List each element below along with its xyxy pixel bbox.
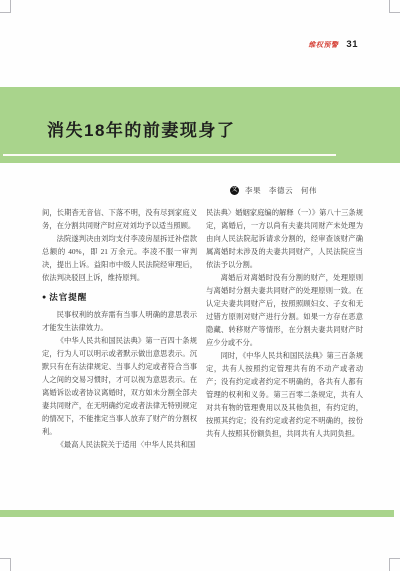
paragraph: 民法典〉婚姻家庭编的解释（一）》第八十三条规定，离婚后，一方以尚有夫妻共同财产未… — [206, 206, 363, 271]
paragraph: 同时，《中华人民共和国民法典》第三百条规定，共有人按照约定管理共有的不动产或者动… — [206, 349, 363, 440]
page-number: 31 — [346, 39, 358, 50]
body-column-left: 间，长期杳无音信、下落不明，没有尽到家庭义务，在分割共同财产时应对刘均予以适当照… — [42, 206, 197, 451]
paragraph: 《最高人民法院关于适用〈中华人民共和国 — [42, 438, 197, 451]
trim-mark-bottom-left-icon — [0, 558, 11, 571]
bullet-icon: ● — [42, 294, 47, 301]
section-heading-label: 法官提醒 — [49, 291, 87, 304]
magazine-page: 维权预警 31 消失18年的前妻现身了 文 李果 李德云 何伟 间，长期杳无音信… — [0, 0, 400, 571]
paragraph: 离婚后对离婚时没有分割的财产，处理原则与离婚时分割夫妻共同财产的处理原则一致。在… — [206, 271, 363, 349]
paragraph: 间，长期杳无音信、下落不明，没有尽到家庭义务，在分割共同财产时应对刘均予以适当照… — [42, 206, 197, 232]
trim-mark-bottom-right-icon — [389, 558, 400, 571]
author-names: 李果 李德云 何伟 — [245, 185, 317, 196]
paragraph: 《中华人民共和国民法典》第一百四十条规定，行为人可以明示或者默示做出意思表示。沉… — [42, 334, 197, 438]
trim-mark-top-left-icon — [0, 0, 11, 13]
paragraph: 法院遂判决由刘均支付李凌房屋拆迁补偿款总额的 40%，即 21 万余元。李凌不服… — [42, 232, 197, 284]
body-column-right: 民法典〉婚姻家庭编的解释（一）》第八十三条规定，离婚后，一方以尚有夫妻共同财产未… — [206, 206, 363, 440]
trim-mark-top-right-icon — [389, 0, 400, 13]
title-banner: 消失18年的前妻现身了 — [0, 87, 400, 163]
title-underline — [3, 154, 336, 156]
paragraph: 民事权利的放弃需有当事人明确的意思表示才能发生法律效力。 — [42, 308, 197, 334]
author-prefix-icon: 文 — [230, 186, 239, 195]
byline: 文 李果 李德云 何伟 — [230, 185, 317, 196]
section-heading: ● 法官提醒 — [42, 291, 197, 304]
footer-rule — [0, 510, 394, 517]
section-label: 维权预警 — [308, 40, 338, 50]
running-head: 维权预警 31 — [308, 39, 358, 50]
article-title: 消失18年的前妻现身了 — [47, 116, 235, 141]
